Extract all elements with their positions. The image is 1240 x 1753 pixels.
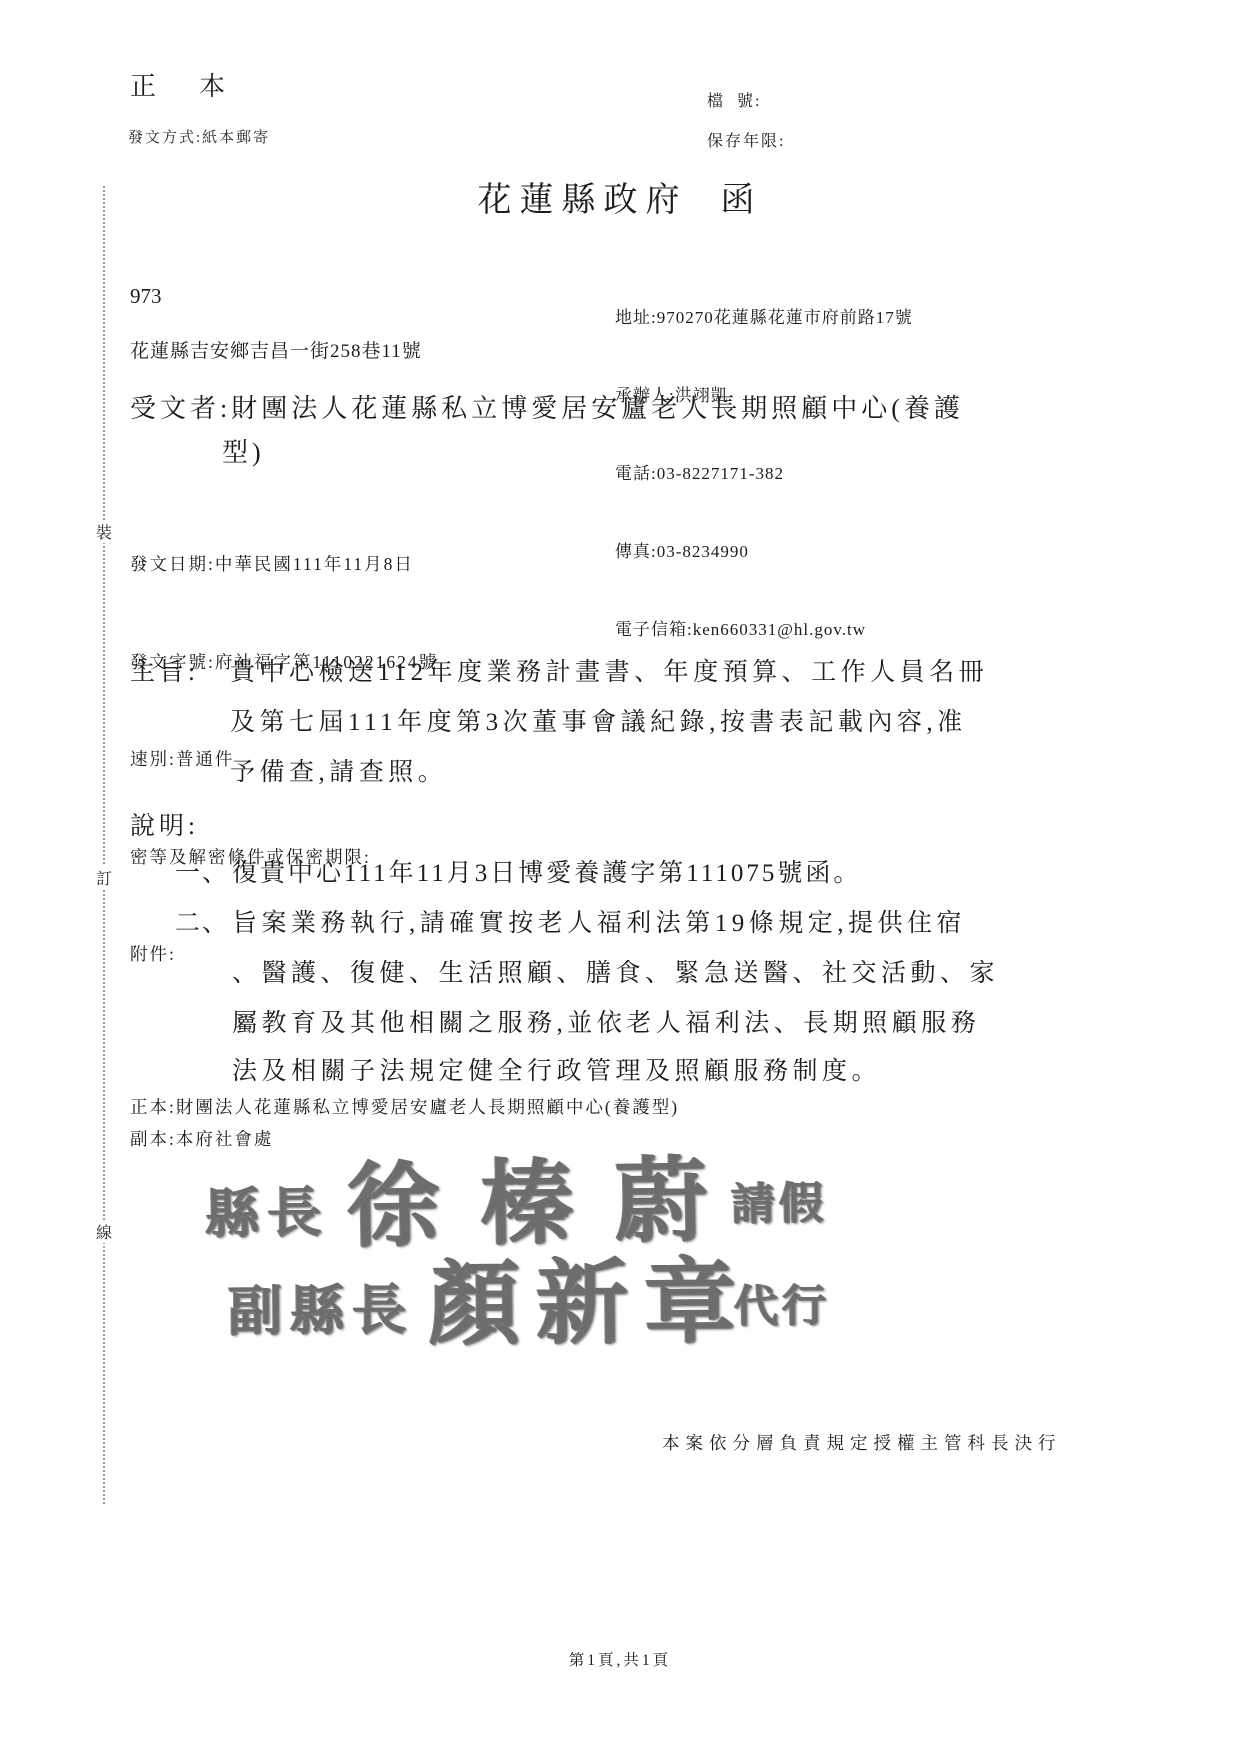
copy-type-label: 正 本: [130, 66, 235, 103]
subject-line-3: 予備查,請查照。: [230, 752, 447, 788]
issue-date: 發文日期:中華民國111年11月8日: [130, 548, 438, 581]
recipient-line-2: 型): [222, 432, 265, 469]
cc-original-recipient: 正本:財團法人花蓮縣私立博愛居安廬老人長期照顧中心(養護型): [130, 1094, 679, 1119]
recipient-street-address: 花蓮縣吉安鄉吉昌一街258巷11號: [130, 336, 422, 363]
retention-period-label: 保存年限:: [707, 128, 785, 151]
page-number: 第1頁,共1頁: [0, 1648, 1240, 1670]
explanation-item1-number: 一、: [175, 853, 229, 889]
deputy-magistrate-name: 顏新章: [428, 1256, 753, 1351]
deputy-magistrate-title: 副縣長: [228, 1267, 415, 1346]
explanation-item2-line-4: 法及相關子法規定健全行政管理及照顧服務制度。: [232, 1051, 881, 1087]
binding-mark-xian: 線: [94, 1220, 114, 1243]
binding-mark-zhuang: 裝: [94, 520, 114, 543]
official-letter-page: 正 本 發文方式:紙本郵寄 檔 號: 保存年限: 花蓮縣政府 函 地址:9702…: [0, 0, 1240, 1753]
magistrate-on-leave-note: 請假: [730, 1167, 827, 1233]
authorization-note: 本案依分層負責規定授權主管科長決行: [662, 1430, 1062, 1455]
acting-on-behalf-note: 代行: [734, 1269, 831, 1334]
sender-fax: 傳真:03-8234990: [615, 539, 913, 565]
magistrate-title: 縣長: [204, 1169, 329, 1248]
delivery-method-label: 發文方式:紙本郵寄: [128, 126, 270, 147]
recipient-postal-code: 973: [130, 284, 162, 309]
sender-phone: 電話:03-8227171-382: [615, 461, 913, 487]
sender-contact-block: 地址:970270花蓮縣花蓮市府前路17號 承辦人:洪翊凱 電話:03-8227…: [615, 253, 913, 695]
cc-copy-recipient: 副本:本府社會處: [130, 1126, 273, 1151]
document-title: 花蓮縣政府 函: [0, 172, 1240, 221]
explanation-item2-line-2: 、醫護、復健、生活照顧、膳食、緊急送醫、社交活動、家: [232, 953, 999, 989]
explanation-item1-text: 復貴中心111年11月3日博愛養護字第111075號函。: [232, 853, 861, 889]
sender-email: 電子信箱:ken660331@hl.gov.tw: [615, 617, 913, 643]
magistrate-stamp-line: 縣長 徐榛蔚 請假: [204, 1153, 828, 1256]
sender-address: 地址:970270花蓮縣花蓮市府前路17號: [615, 305, 913, 331]
binding-mark-ding: 訂: [94, 866, 114, 889]
subject-label: 主旨:: [130, 652, 199, 688]
deputy-magistrate-stamp-line: 副縣長 顏新章 代行: [228, 1255, 831, 1352]
explanation-label: 說明:: [130, 806, 199, 842]
explanation-item2-line-3: 屬教育及其他相關之服務,並依老人福利法、長期照顧服務: [232, 1003, 980, 1039]
magistrate-name: 徐榛蔚: [346, 1154, 750, 1253]
file-number-label: 檔 號:: [707, 88, 761, 111]
subject-line-1: 貴中心檢送112年度業務計畫書、年度預算、工作人員名冊: [230, 652, 988, 688]
explanation-item2-line-1: 旨案業務執行,請確實按老人福利法第19條規定,提供住宿: [232, 903, 966, 939]
recipient-line-1: 受文者:財團法人花蓮縣私立博愛居安廬老人長期照顧中心(養護: [130, 388, 964, 425]
explanation-item2-number: 二、: [175, 903, 229, 939]
binding-dotted-line: [103, 186, 105, 1504]
subject-line-2: 及第七屆111年度第3次董事會議紀錄,按書表記載內容,准: [230, 702, 967, 738]
